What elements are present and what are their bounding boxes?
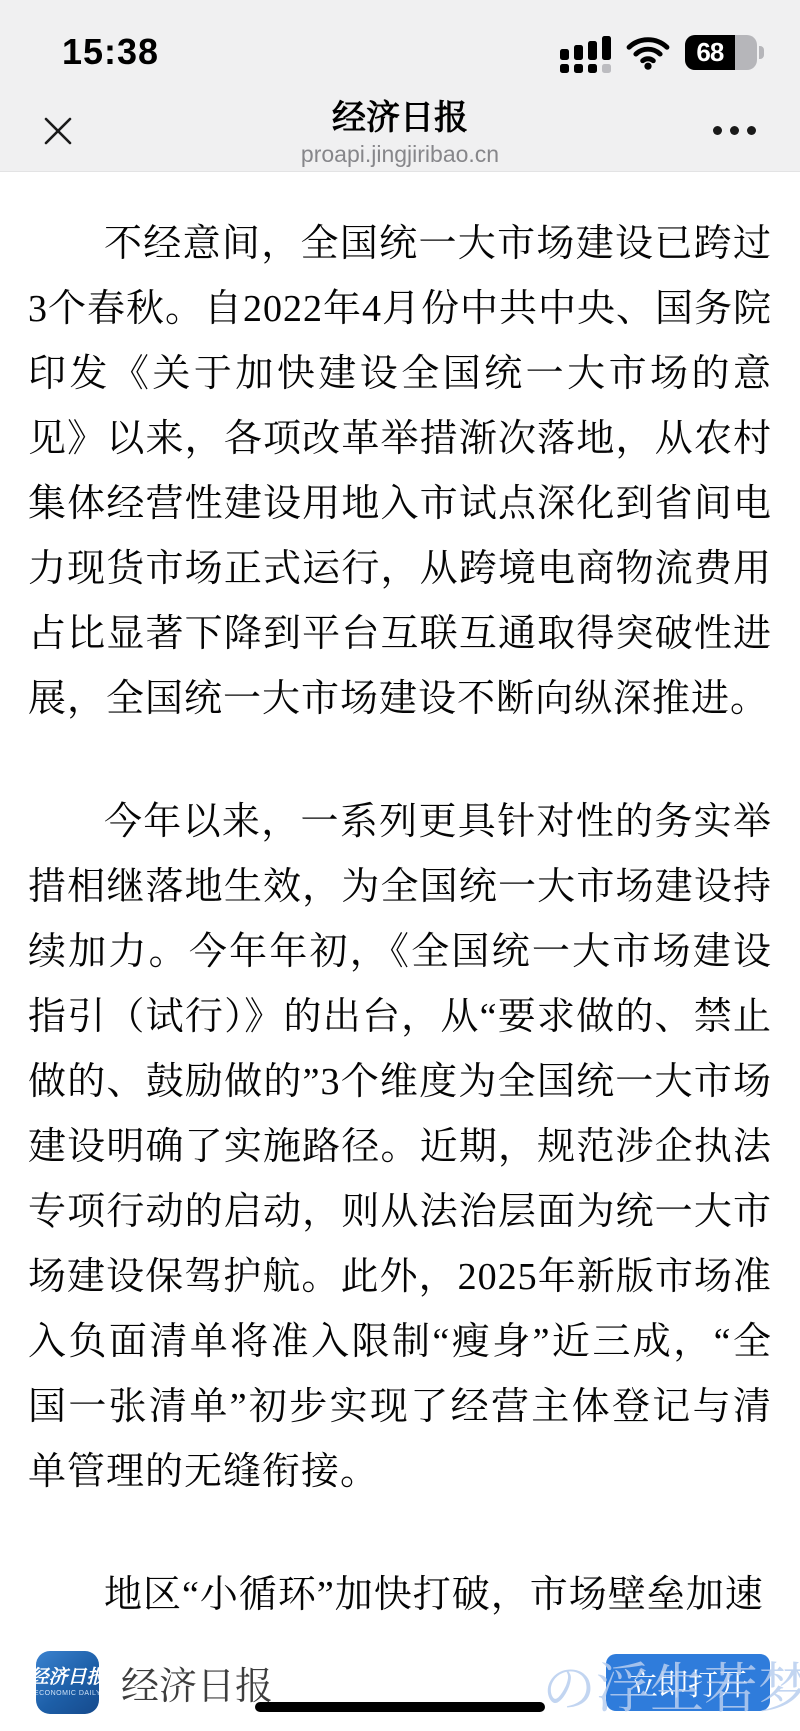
page-url: proapi.jingjiribao.cn bbox=[301, 140, 499, 168]
app-logo-text: 经济日报 bbox=[36, 1667, 99, 1689]
wifi-icon bbox=[625, 34, 671, 70]
article-body: 不经意间，全国统一大市场建设已跨过3个春秋。自2022年4月份中共中央、国务院印… bbox=[0, 172, 800, 1731]
cellular-signal-icon bbox=[560, 31, 611, 73]
nav-title-block: 经济日报 proapi.jingjiribao.cn bbox=[301, 98, 499, 168]
close-icon bbox=[41, 114, 75, 148]
article-paragraph: 不经意间，全国统一大市场建设已跨过3个春秋。自2022年4月份中共中央、国务院印… bbox=[28, 212, 772, 732]
open-app-banner: 经济日报 ECONOMIC DAILY 经济日报 立即打开 bbox=[0, 1639, 800, 1731]
app-logo-icon: 经济日报 ECONOMIC DAILY bbox=[36, 1651, 99, 1714]
nav-bar: 经济日报 proapi.jingjiribao.cn bbox=[0, 90, 800, 172]
page-title: 经济日报 bbox=[301, 98, 499, 138]
status-bar: 15:38 68 bbox=[0, 0, 800, 90]
battery-nub bbox=[759, 46, 764, 59]
battery-icon: 68 bbox=[685, 35, 764, 70]
close-button[interactable] bbox=[40, 113, 76, 149]
article-paragraph: 今年以来，一系列更具针对性的务实举措相继落地生效，为全国统一大市场建设持续加力。… bbox=[28, 790, 772, 1505]
article-paragraph: 地区“小循环”加快打破，市场壁垒加速 bbox=[28, 1563, 772, 1628]
open-app-button[interactable]: 立即打开 bbox=[606, 1654, 770, 1711]
home-indicator[interactable] bbox=[255, 1702, 545, 1712]
app-logo-subtext: ECONOMIC DAILY bbox=[36, 1689, 99, 1698]
battery-percent: 68 bbox=[696, 37, 723, 68]
status-time: 15:38 bbox=[62, 31, 159, 73]
ellipsis-icon bbox=[713, 126, 722, 135]
more-menu-button[interactable] bbox=[713, 116, 756, 145]
status-icons: 68 bbox=[560, 31, 764, 73]
app-name-label: 经济日报 bbox=[121, 1655, 273, 1710]
phone-screen: 15:38 68 bbox=[0, 0, 800, 1731]
